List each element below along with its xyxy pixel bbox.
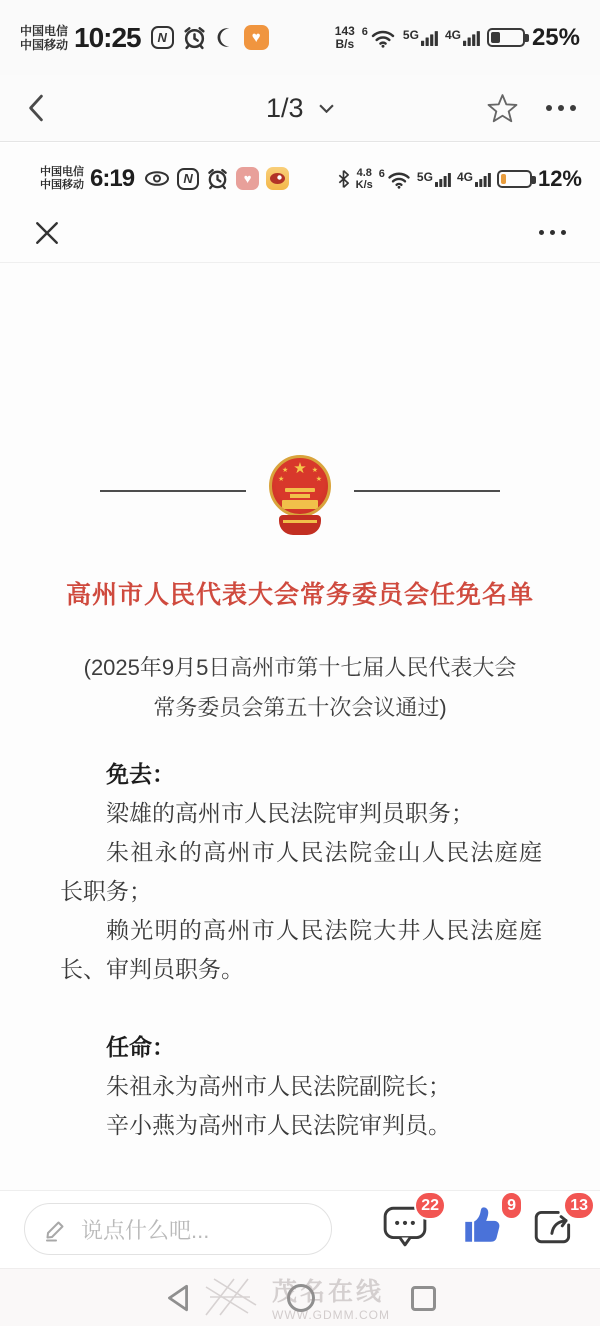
nfc-icon: N [151, 26, 174, 49]
inner-viewer-bar [0, 203, 600, 263]
android-recents-button[interactable] [411, 1286, 436, 1311]
comment-input[interactable]: 说点什么吧... [24, 1203, 332, 1255]
health-heart-app-icon: ♥ [244, 25, 269, 50]
carrier-1: 中国电信 [20, 24, 68, 38]
chevron-down-icon [319, 104, 334, 113]
heart-app-icon: ♥ [236, 167, 259, 190]
document-meta: (2025年9月5日高州市第十七届人民代表大会 常务委员会第五十次会议通过) [0, 648, 600, 728]
favorite-star-button[interactable] [487, 93, 518, 123]
inner-more-options[interactable] [539, 230, 566, 235]
inner-carrier-2: 中国移动 [40, 179, 84, 192]
share-count-badge: 13 [563, 1191, 595, 1220]
inner-battery-percent: 12% [538, 166, 582, 192]
weibo-app-icon [266, 167, 289, 190]
left-rule [100, 490, 246, 492]
inner-clock: 6:19 [90, 165, 134, 193]
moon-icon [215, 27, 236, 48]
android-back-button[interactable] [165, 1283, 191, 1313]
net-speed: 143B/s [335, 25, 355, 51]
removal-item: 赖光明的高州市人民法院大井人民法庭庭长、审判员职务。 [60, 911, 542, 989]
inner-signal-4g-icon: 4G [457, 171, 491, 187]
inner-status-bar: 中国电信 中国移动 6:19 N ♥ [0, 151, 600, 206]
appointment-item: 辛小燕为高州市人民法院审判员。 [60, 1106, 542, 1145]
section-removal-heading: 免去： [60, 755, 542, 794]
inner-net-speed: 4.8K/s [356, 167, 373, 191]
removal-item: 梁雄的高州市人民法院审判员职务； [60, 794, 542, 833]
bluetooth-icon [337, 169, 350, 189]
outer-status-bar: 中国电信 中国移动 10:25 N ♥ 143B/s 6 [0, 0, 600, 75]
like-count-badge: 9 [500, 1191, 523, 1220]
more-options-button[interactable] [546, 105, 576, 111]
document-body: 免去： 梁雄的高州市人民法院审判员职务； 朱祖永的高州市人民法院金山人民法庭庭长… [60, 755, 542, 1145]
alarm-icon [182, 25, 207, 50]
inner-screenshot: 中国电信 中国移动 6:19 N ♥ [0, 143, 600, 1190]
like-button[interactable]: 9 [459, 1202, 505, 1248]
carrier-2: 中国移动 [20, 38, 68, 52]
inner-nfc-icon: N [177, 168, 199, 190]
inner-alarm-icon [206, 167, 229, 190]
battery-icon [487, 28, 525, 47]
signal-4g-icon: 4G [445, 29, 480, 46]
emblem-row: ★ ★ ★ ★ ★ [0, 455, 600, 539]
eye-protection-icon [144, 170, 170, 187]
inner-carrier-1: 中国电信 [40, 166, 84, 179]
viewer-nav-bar: 1/3 [0, 75, 600, 142]
comment-count-badge: 22 [414, 1191, 446, 1220]
national-emblem-icon: ★ ★ ★ ★ ★ [266, 455, 334, 539]
share-button[interactable]: 13 [531, 1202, 577, 1248]
close-icon[interactable] [34, 220, 60, 246]
right-rule [354, 490, 500, 492]
android-nav-bar [0, 1268, 600, 1326]
clock: 10:25 [74, 22, 141, 54]
inner-signal-5g-icon: 5G [417, 171, 451, 187]
wifi-icon: 6 [362, 27, 396, 48]
inner-battery-icon [497, 170, 532, 188]
pencil-icon [43, 1216, 69, 1242]
inner-wifi-icon: 6 [379, 169, 411, 189]
signal-5g-icon: 5G [403, 29, 438, 46]
battery-percent: 25% [532, 24, 580, 52]
carrier-labels: 中国电信 中国移动 [20, 24, 68, 52]
comments-button[interactable]: 22 [382, 1202, 428, 1248]
comment-placeholder: 说点什么吧... [81, 1214, 209, 1245]
removal-item: 朱祖永的高州市人民法院金山人民法庭庭长职务； [60, 833, 542, 911]
android-home-button[interactable] [287, 1284, 315, 1312]
phone-screen: 中国电信 中国移动 10:25 N ♥ 143B/s 6 [0, 0, 600, 1326]
document-title: 高州市人民代表大会常务委员会任免名单 [0, 575, 600, 611]
section-appointment-heading: 任命： [60, 1028, 542, 1067]
comment-bar: 说点什么吧... 22 9 13 [0, 1190, 600, 1268]
appointment-item: 朱祖永为高州市人民法院副院长； [60, 1067, 542, 1106]
